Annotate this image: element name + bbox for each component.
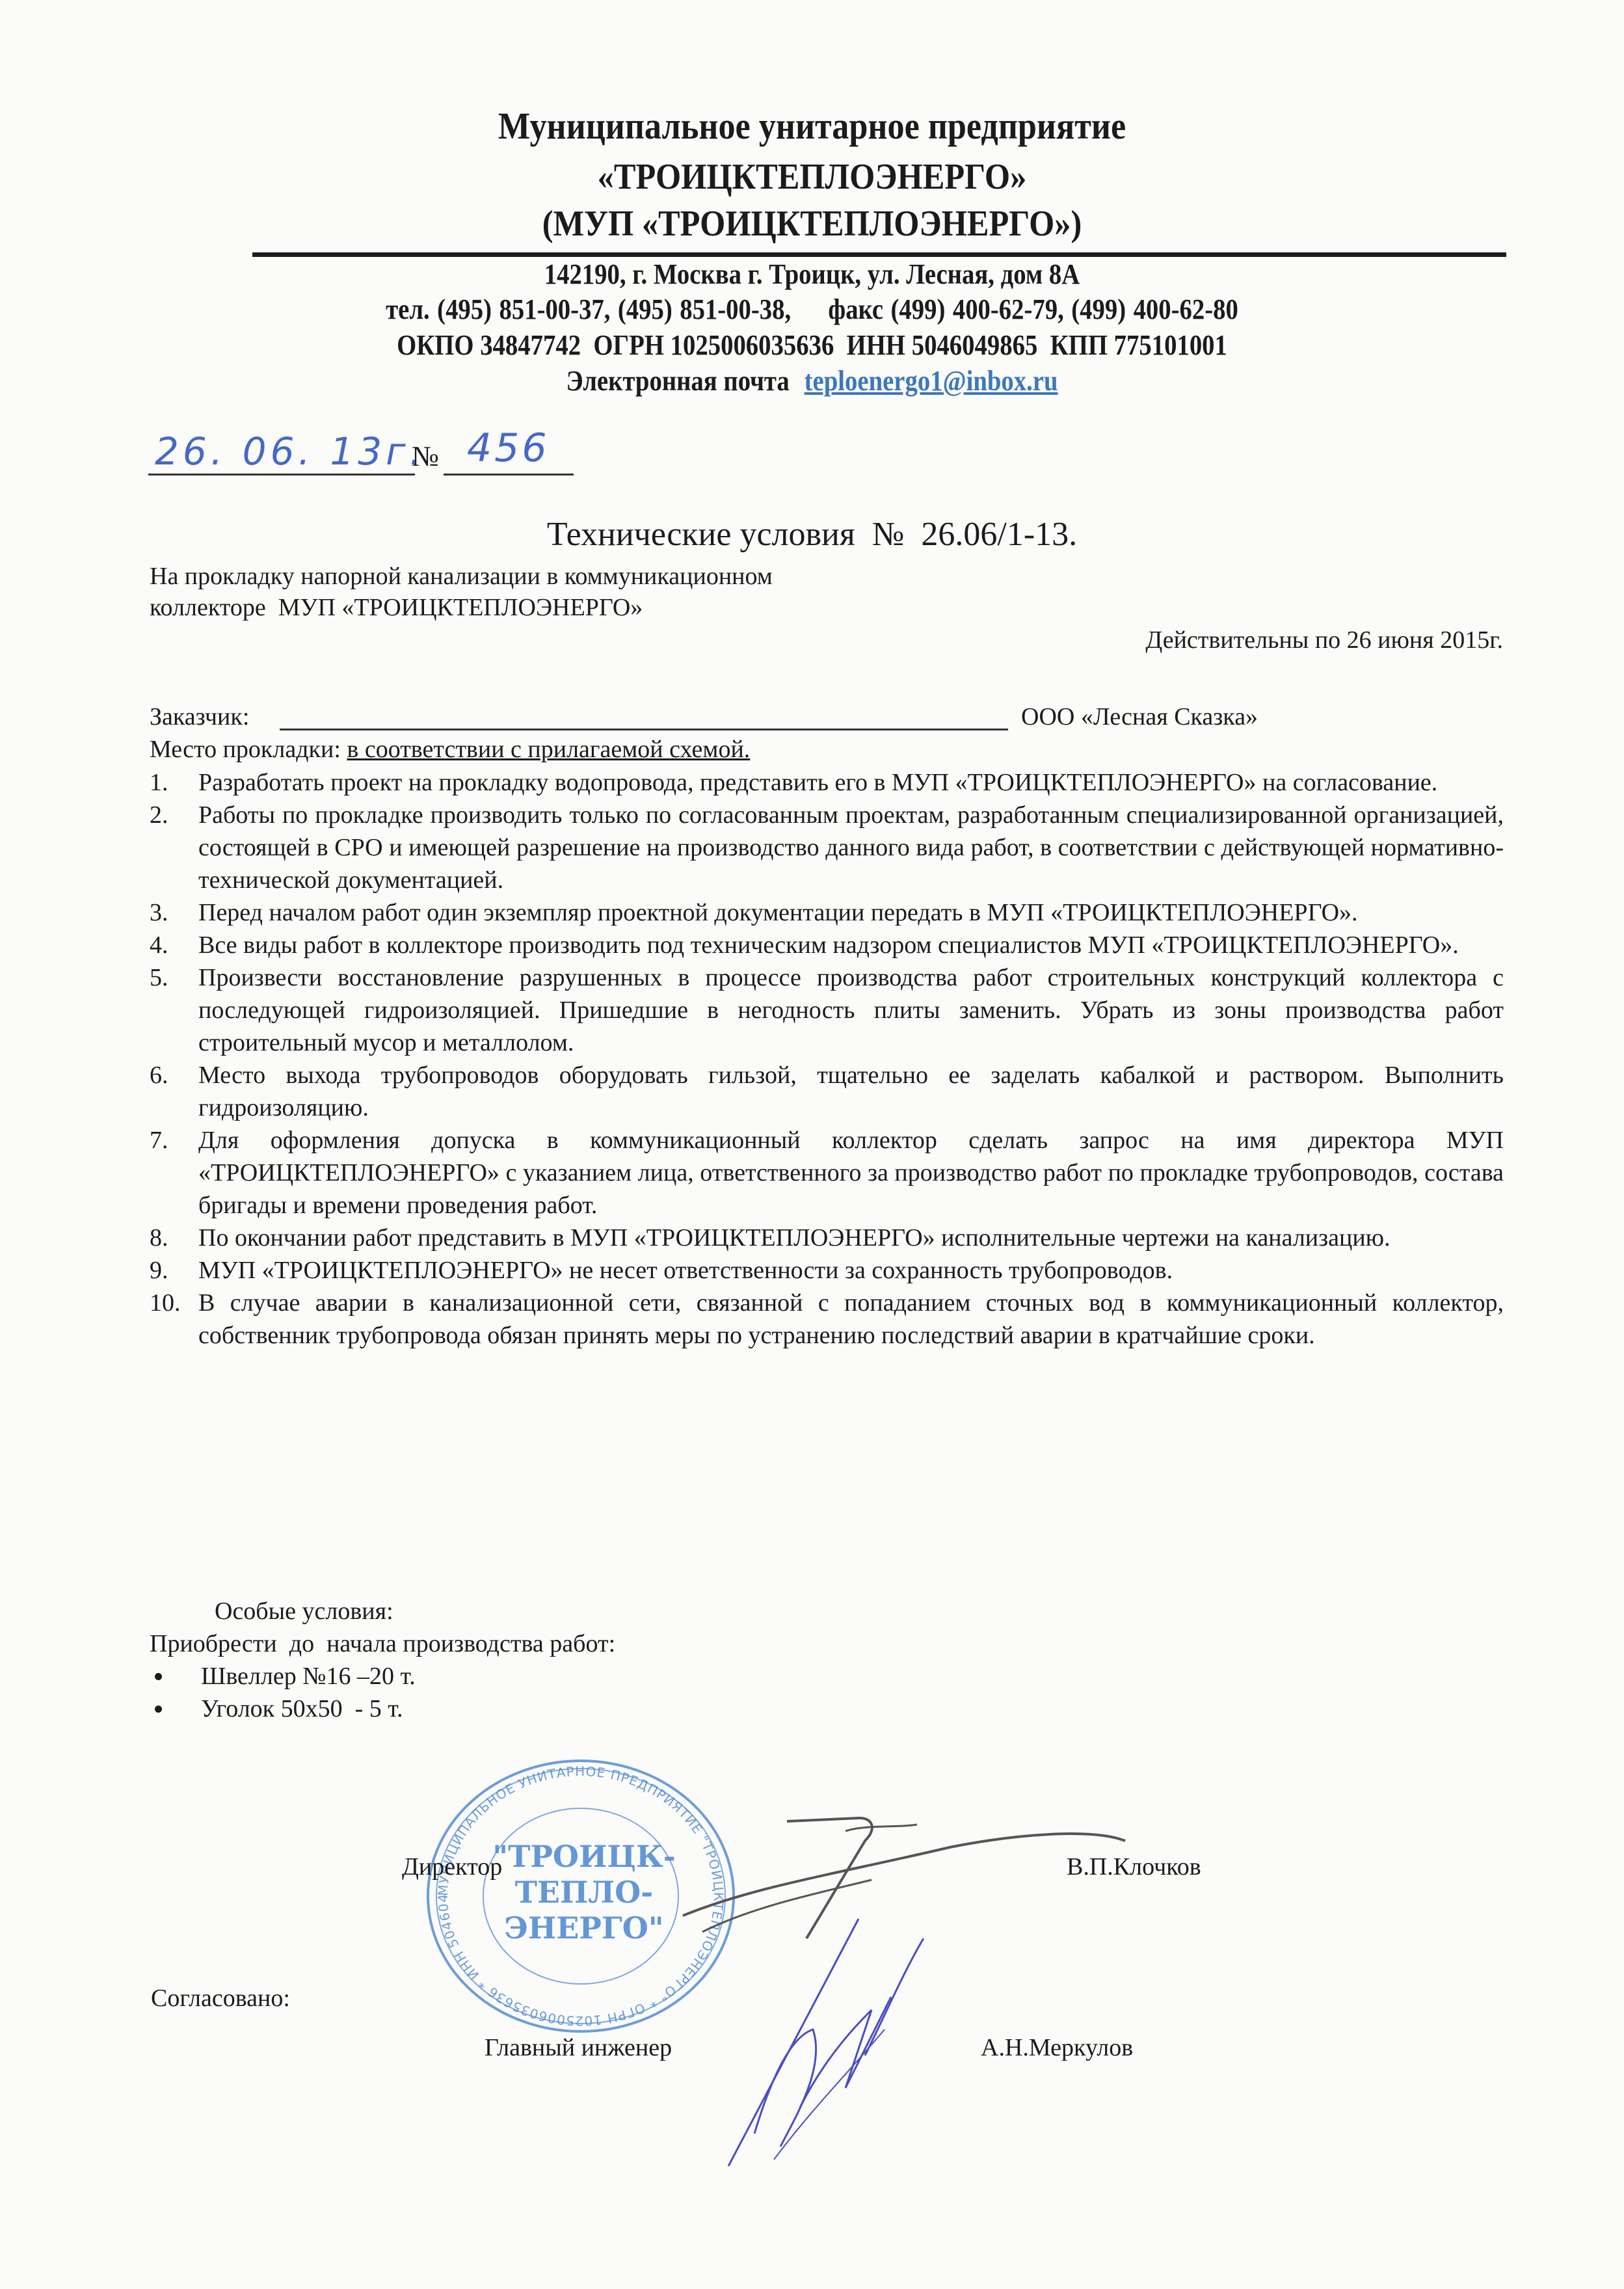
customer-label: Заказчик: — [150, 703, 249, 731]
condition-item: 5.Произвести восстановление разрушенных … — [150, 961, 1504, 1059]
purchase-item: Швеллер №16 –20 т. — [150, 1662, 735, 1691]
letterhead-address: 142190, г. Москва г. Троицк, ул. Лесная,… — [98, 258, 1526, 291]
document-subject: На прокладку напорной канализации в комм… — [150, 561, 773, 623]
special-conditions-heading: Особые условия: — [215, 1597, 393, 1626]
condition-text: Место выхода трубопроводов оборудовать г… — [198, 1062, 1504, 1121]
condition-text: Для оформления допуска в коммуникационны… — [198, 1127, 1504, 1219]
conditions-list: 1.Разработать проект на прокладку водопр… — [150, 766, 1504, 1352]
condition-text: Разработать проект на прокладку водопров… — [198, 769, 1437, 796]
condition-item: 6.Место выхода трубопроводов оборудовать… — [150, 1059, 1504, 1124]
stamp-center-3: ЭНЕРГО" — [504, 1910, 664, 1946]
letterhead-email-row: Электронная почтаteploenergo1@inbox.ru — [98, 364, 1526, 397]
engineer-signature — [715, 1873, 937, 2173]
condition-text: Перед началом работ один экземпляр проек… — [198, 899, 1358, 926]
document-title: Технические условия № 26.06/1-13. — [0, 515, 1624, 554]
purchase-item-text: Швеллер №16 –20 т. — [201, 1663, 416, 1690]
registration-number: 456 — [467, 425, 550, 471]
condition-number: 4. — [150, 929, 168, 961]
chief-engineer-role: Главный инженер — [485, 2033, 672, 2062]
letterhead-short-name: (МУП «ТРОИЦКТЕПЛОЭНЕРГО») — [81, 203, 1543, 245]
condition-item: 7.Для оформления допуска в коммуникацион… — [150, 1124, 1504, 1222]
place-row: Место прокладки: в соответствии с прилаг… — [150, 735, 750, 764]
letterhead-phones: тел. (495) 851-00-37, (495) 851-00-38, ф… — [98, 293, 1526, 326]
condition-item: 3.Перед началом работ один экземпляр про… — [150, 896, 1504, 929]
condition-item: 2.Работы по прокладке производить только… — [150, 799, 1504, 896]
place-label: Место прокладки: — [150, 736, 341, 763]
condition-number: 10. — [150, 1287, 181, 1319]
condition-item: 1.Разработать проект на прокладку водопр… — [150, 766, 1504, 799]
condition-number: 1. — [150, 766, 168, 799]
email-link[interactable]: teploenergo1@inbox.ru — [805, 365, 1058, 397]
validity-date: Действительны по 26 июня 2015г. — [1145, 626, 1503, 654]
condition-number: 3. — [150, 896, 168, 929]
condition-number: 9. — [150, 1254, 168, 1287]
stamp-center-2: ТЕПЛО- — [515, 1875, 654, 1910]
chief-engineer-name: А.Н.Меркулов — [981, 2033, 1133, 2062]
condition-text: В случае аварии в канализационной сети, … — [198, 1289, 1504, 1349]
condition-number: 8. — [150, 1222, 168, 1254]
subject-line-1: На прокладку напорной канализации в комм… — [150, 561, 773, 592]
condition-number: 7. — [150, 1124, 168, 1157]
purchase-intro: Приобрести до начала производства работ: — [150, 1629, 615, 1658]
condition-text: По окончании работ представить в МУП «ТР… — [198, 1224, 1391, 1252]
subject-line-2: коллекторе МУП «ТРОИЦКТЕПЛОЭНЕРГО» — [150, 592, 773, 623]
stamp-center-1: "ТРОИЦК- — [492, 1839, 676, 1874]
condition-text: Работы по прокладке производить только п… — [198, 801, 1504, 894]
bullet-icon — [155, 1673, 162, 1680]
bullet-icon — [155, 1706, 162, 1713]
condition-number: 6. — [150, 1059, 168, 1091]
number-label: № — [412, 440, 439, 473]
letterhead-divider — [252, 252, 1506, 257]
condition-item: 4.Все виды работ в коллекторе производит… — [150, 929, 1504, 961]
director-name: В.П.Клочков — [1067, 1853, 1201, 1881]
letterhead-organization: «ТРОИЦКТЕПЛОЭНЕРГО» — [81, 156, 1543, 198]
condition-number: 5. — [150, 961, 168, 994]
condition-text: Произвести восстановление разрушенных в … — [198, 964, 1504, 1056]
registration-date: 26. 06. 13г. — [155, 429, 425, 474]
director-role: Директор — [402, 1853, 502, 1881]
letterhead-ids: ОКПО 34847742 ОГРН 1025006035636 ИНН 504… — [98, 328, 1526, 362]
purchase-item: Уголок 50х50 - 5 т. — [150, 1694, 735, 1723]
condition-item: 8.По окончании работ представить в МУП «… — [150, 1222, 1504, 1254]
agreed-label: Согласовано: — [151, 1984, 290, 2013]
condition-item: 10.В случае аварии в канализационной сет… — [150, 1287, 1504, 1352]
customer-underline — [280, 703, 1008, 730]
condition-text: МУП «ТРОИЦКТЕПЛОЭНЕРГО» не несет ответст… — [198, 1257, 1173, 1284]
customer-value: ООО «Лесная Сказка» — [1021, 703, 1258, 731]
condition-text: Все виды работ в коллекторе производить … — [198, 931, 1459, 959]
condition-item: 9.МУП «ТРОИЦКТЕПЛОЭНЕРГО» не несет ответ… — [150, 1254, 1504, 1287]
condition-number: 2. — [150, 799, 168, 831]
place-value: в соответствии с прилагаемой схемой. — [347, 736, 750, 763]
email-label: Электронная почта — [566, 365, 789, 397]
letterhead-title: Муниципальное унитарное предприятие — [81, 104, 1543, 148]
purchase-item-text: Уголок 50х50 - 5 т. — [201, 1695, 403, 1722]
company-stamp: МУНИЦИПАЛЬНОЕ УНИТАРНОЕ ПРЕДПРИЯТИЕ "ТРО… — [421, 1756, 740, 2036]
